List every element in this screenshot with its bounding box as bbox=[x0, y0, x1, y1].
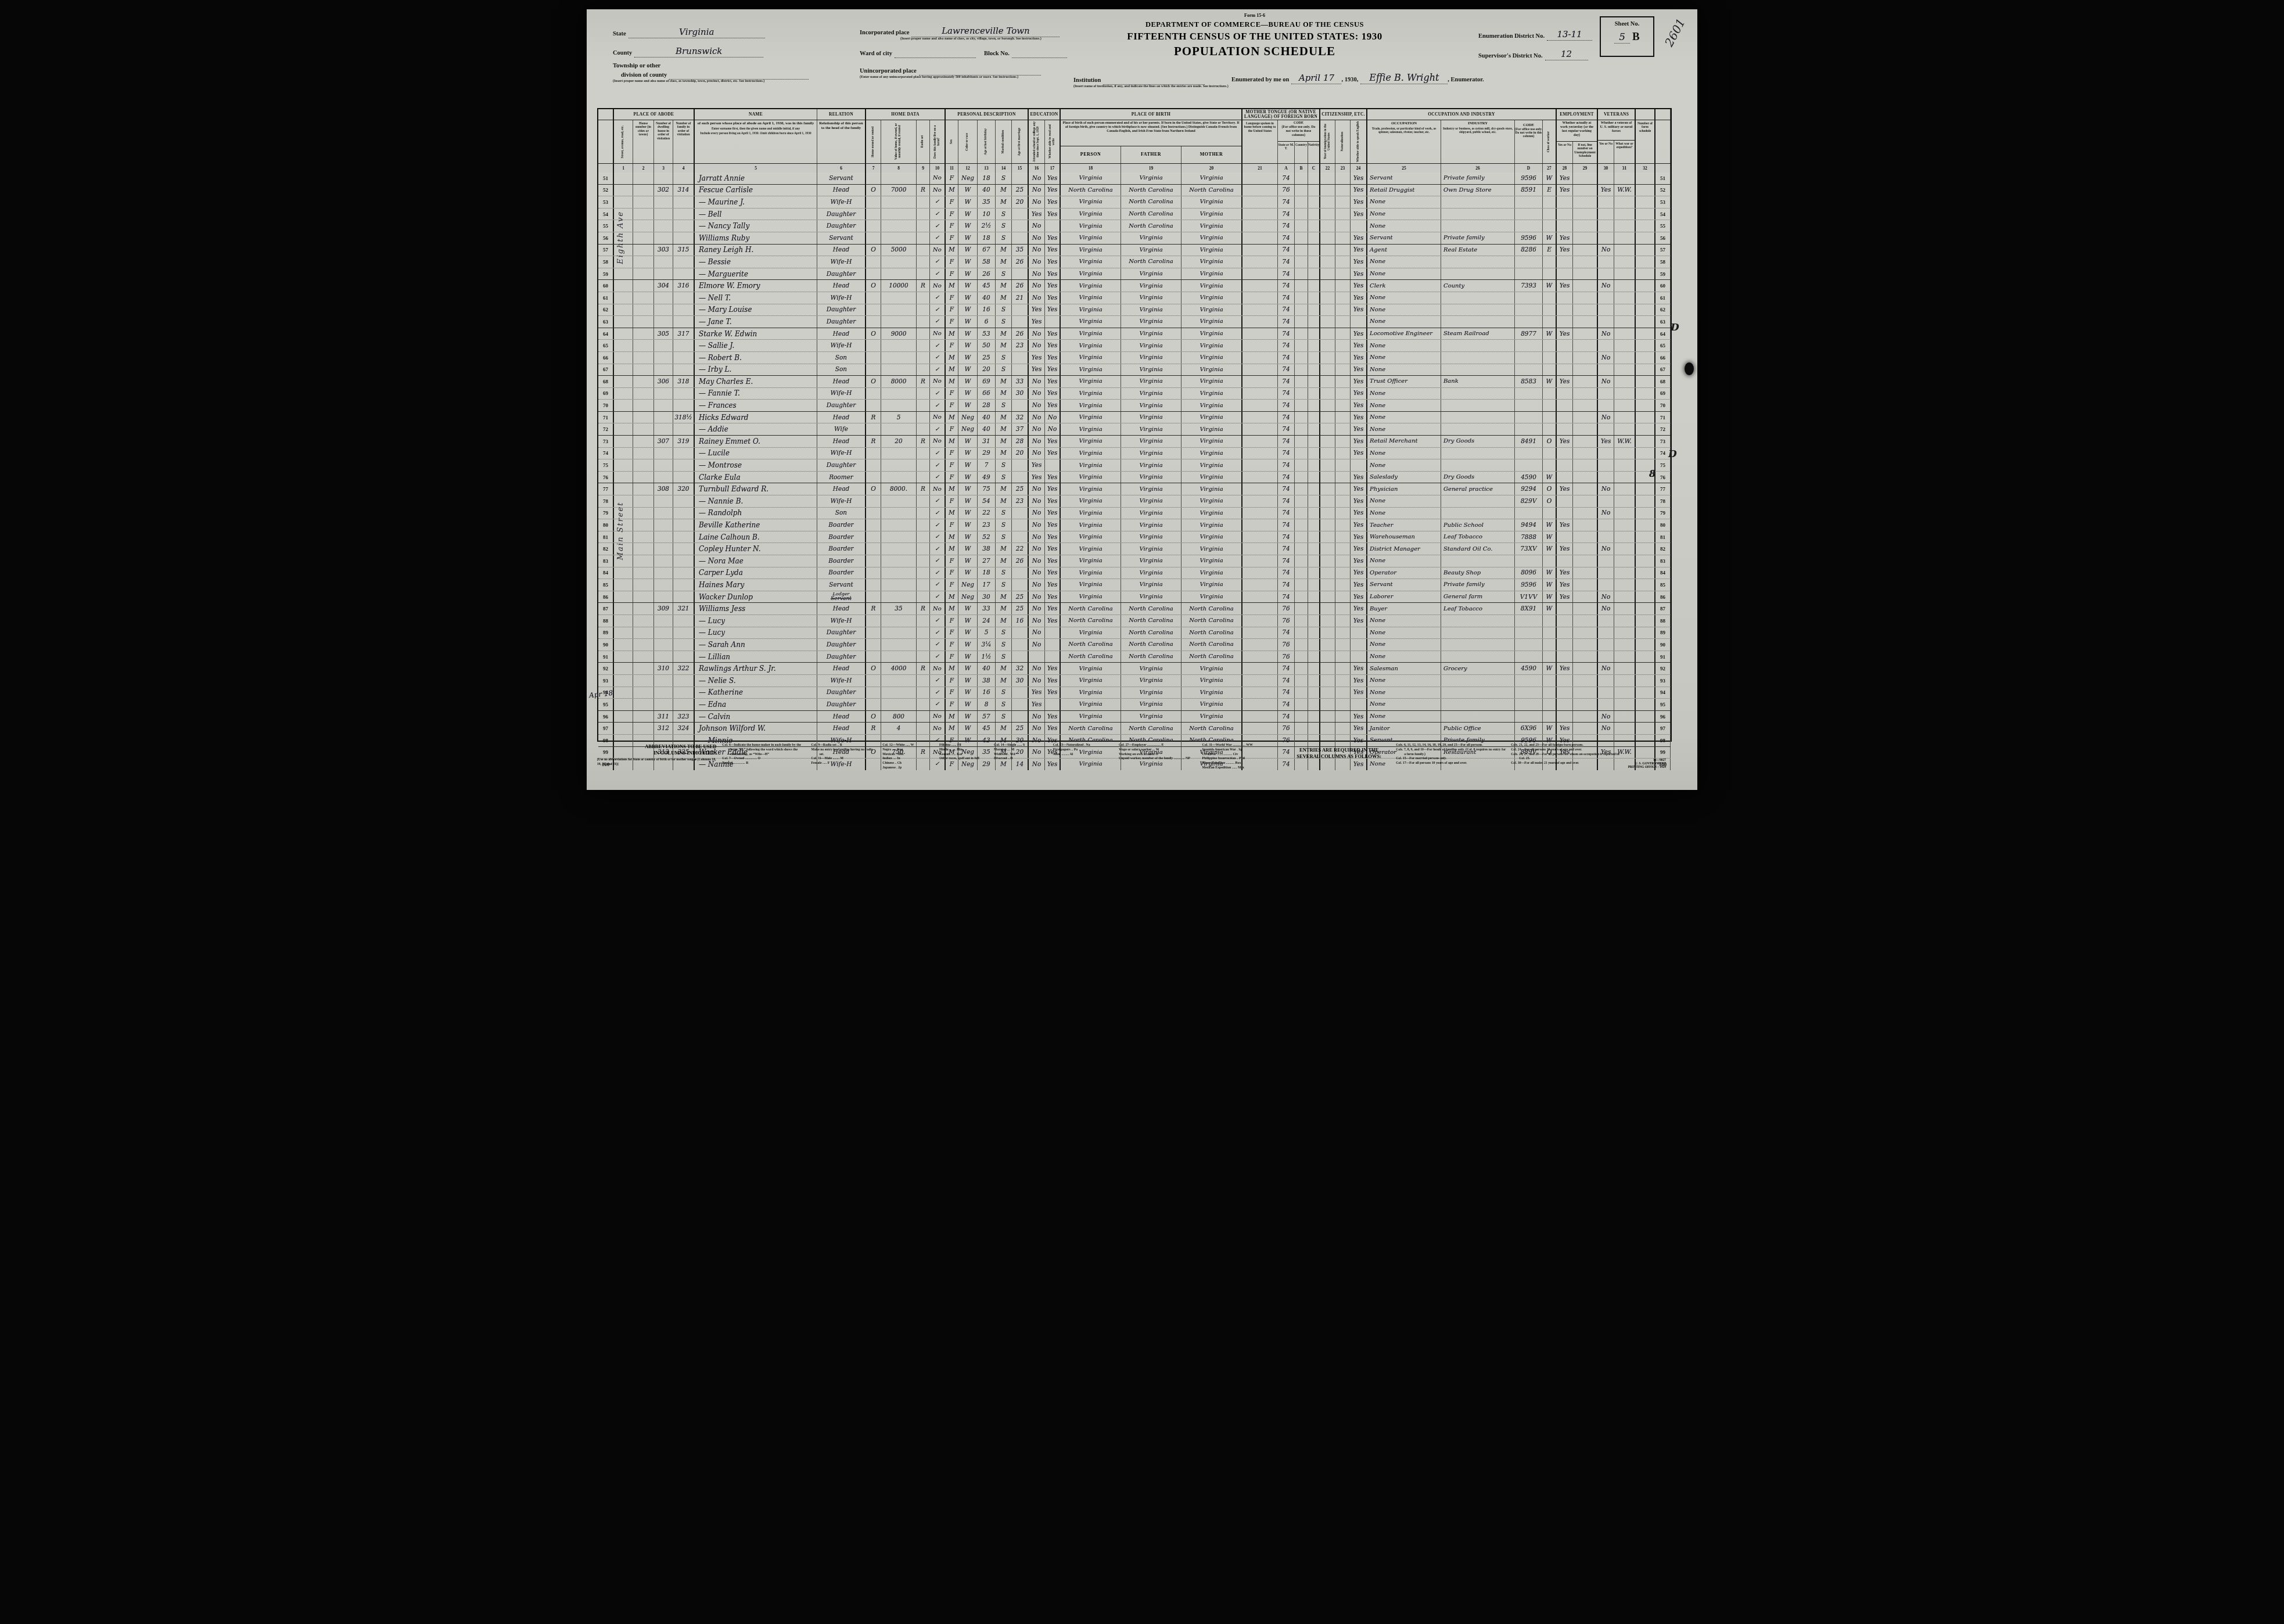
cell-unemployment-line bbox=[1573, 591, 1598, 603]
cell-veteran bbox=[1598, 531, 1614, 543]
cell-value: Value of home, if owned, or monthly rent… bbox=[881, 120, 917, 163]
cell-read-write: Yes bbox=[1045, 687, 1061, 699]
cell-occupation: None bbox=[1367, 555, 1441, 567]
cell-code-c bbox=[1308, 292, 1320, 304]
cell-speak-english bbox=[1351, 220, 1367, 232]
cell-school: No bbox=[1029, 639, 1045, 651]
cell-line-r: 69 bbox=[1655, 388, 1671, 400]
cell-worked-yesterday bbox=[1557, 448, 1573, 459]
cell-name: — Frances bbox=[695, 400, 817, 411]
cell-read-write: Yes bbox=[1045, 185, 1061, 196]
incorporated-label: Incorporated place bbox=[860, 30, 909, 36]
cell-marital: S bbox=[996, 508, 1012, 519]
cell-relation: Son bbox=[817, 364, 866, 376]
cell-code-b bbox=[1295, 687, 1308, 699]
cell-code-b bbox=[1295, 173, 1308, 184]
cell-industry: 26 bbox=[1441, 164, 1515, 173]
cell-family bbox=[673, 495, 695, 507]
cell-marital: M bbox=[996, 591, 1012, 603]
cell-code-a: 74 bbox=[1278, 675, 1295, 687]
cell-pob-father: Virginia bbox=[1121, 495, 1181, 507]
cell-code-a: 74 bbox=[1278, 423, 1295, 435]
cell-pob-mother: Virginia bbox=[1181, 436, 1242, 447]
cell-veteran: No bbox=[1598, 412, 1614, 423]
cell-code-c bbox=[1308, 579, 1320, 591]
abbreviations-title: ABBREVIATIONS TO BE USED IN COLUMNS INDI… bbox=[597, 743, 716, 756]
cell-owned bbox=[866, 591, 881, 603]
cell-color: W bbox=[958, 459, 978, 471]
cell-war bbox=[1614, 531, 1636, 543]
cell-line: 82 bbox=[598, 543, 614, 555]
cell-code-d bbox=[1515, 209, 1543, 220]
cell-mother-tongue bbox=[1242, 196, 1278, 208]
cell-owned: R bbox=[866, 723, 881, 734]
cell-unemployment-line bbox=[1573, 196, 1598, 208]
cell-mother-tongue bbox=[1242, 711, 1278, 723]
cell-unemployment-line bbox=[1573, 615, 1598, 627]
cell-dwelling: 304 bbox=[654, 280, 673, 292]
cell-code-a: 74 bbox=[1278, 567, 1295, 579]
cell-school: No bbox=[1029, 567, 1045, 579]
cell-marital: S bbox=[996, 316, 1012, 328]
cell-marital: M bbox=[996, 196, 1012, 208]
abbreviation-line: Mexican Expedition ...... Mex bbox=[1202, 766, 1281, 771]
cell-marital: M bbox=[996, 483, 1012, 495]
cell-code-a: 74 bbox=[1278, 328, 1295, 340]
cell-speak-english: Yes bbox=[1351, 280, 1367, 292]
cell-age: 18 bbox=[978, 232, 996, 244]
cell-family bbox=[673, 519, 695, 531]
cell-unemployment-line bbox=[1573, 304, 1598, 316]
cell-street bbox=[614, 316, 633, 328]
cell-code-a: 76 bbox=[1278, 639, 1295, 651]
entries-required-title: ENTRIES ARE REQUIRED IN THE SEVERAL COLU… bbox=[1287, 743, 1391, 766]
cell-value bbox=[881, 699, 917, 710]
cell-unemployment-line bbox=[1573, 388, 1598, 400]
cell-naturalization bbox=[1335, 687, 1351, 699]
cell-mother-tongue bbox=[1242, 185, 1278, 196]
cell-street bbox=[614, 699, 633, 710]
cell-industry: Public School bbox=[1441, 519, 1515, 531]
cell-naturalization bbox=[1335, 519, 1351, 531]
cell-farm: No bbox=[930, 280, 946, 292]
cell-code-b bbox=[1295, 519, 1308, 531]
cell-veteran: No bbox=[1598, 376, 1614, 387]
cell-relation: Daughter bbox=[817, 459, 866, 471]
cell-pob-father: Virginia bbox=[1121, 675, 1181, 687]
cell-age-first-marriage: 25 bbox=[1012, 591, 1029, 603]
cell-worker-class bbox=[1543, 651, 1557, 663]
cell-veteran bbox=[1598, 173, 1614, 184]
cell-line: 89 bbox=[598, 627, 614, 639]
cell-owned bbox=[866, 173, 881, 184]
cell-school: No bbox=[1029, 579, 1045, 591]
cell-code-a: 74 bbox=[1278, 232, 1295, 244]
cell-worker-class bbox=[1543, 675, 1557, 687]
cell-pob-person: Virginia bbox=[1061, 256, 1121, 268]
cell-farm-schedule bbox=[1636, 328, 1655, 340]
cell-radio bbox=[917, 519, 930, 531]
cell-value: 4 bbox=[881, 723, 917, 734]
cell-worked-yesterday: Yes bbox=[1557, 232, 1573, 244]
cell-veteran bbox=[1598, 651, 1614, 663]
cell-age: 33 bbox=[978, 603, 996, 615]
cell-war bbox=[1614, 232, 1636, 244]
cell-farm: ✓ bbox=[930, 615, 946, 627]
cell-farm: Does this family live on a farm? bbox=[930, 120, 946, 163]
cell-marital: M bbox=[996, 615, 1012, 627]
cell-mother-tongue bbox=[1242, 699, 1278, 710]
cell-occupation: None bbox=[1367, 400, 1441, 411]
cell-code-b bbox=[1295, 220, 1308, 232]
table-group-titles: PLACE OF ABODENAMERELATIONHOME DATAPERSO… bbox=[598, 109, 1671, 120]
cell-dwelling bbox=[654, 699, 673, 710]
cell-value bbox=[881, 364, 917, 376]
cell-relation: Wife-H bbox=[817, 448, 866, 459]
cell-veteran bbox=[1598, 292, 1614, 304]
abbreviation-line: Col. 12—White ..... W bbox=[882, 743, 933, 748]
cell-immigration: 22 bbox=[1320, 164, 1335, 173]
cell-radio bbox=[917, 543, 930, 555]
cell-code-b bbox=[1295, 543, 1308, 555]
cell-occupation: None bbox=[1367, 639, 1441, 651]
cell-code-b bbox=[1295, 508, 1308, 519]
corner-number: 2601 bbox=[1662, 16, 1688, 49]
cell-code-a: 74 bbox=[1278, 508, 1295, 519]
cell-relation: Wife-H bbox=[817, 615, 866, 627]
cell-war bbox=[1614, 328, 1636, 340]
cell-street bbox=[614, 723, 633, 734]
cell-line-r: 64 bbox=[1655, 328, 1671, 340]
cell-owned: O bbox=[866, 483, 881, 495]
cell-code-b bbox=[1295, 663, 1308, 674]
cell-pob-father: Virginia bbox=[1121, 316, 1181, 328]
cell-worker-class: W bbox=[1543, 591, 1557, 603]
cell-family: 315 bbox=[673, 245, 695, 256]
cell-veteran bbox=[1598, 220, 1614, 232]
cell-war bbox=[1614, 615, 1636, 627]
cell-code-a: 74 bbox=[1278, 436, 1295, 447]
cell-value bbox=[881, 472, 917, 483]
cell-industry: Private family bbox=[1441, 579, 1515, 591]
cell-farm-schedule bbox=[1636, 220, 1655, 232]
cell-pob-father: Virginia bbox=[1121, 232, 1181, 244]
cell-school: Yes bbox=[1029, 364, 1045, 376]
cell-pob-father: Virginia bbox=[1121, 567, 1181, 579]
cell-war bbox=[1614, 280, 1636, 292]
cell-dwelling: 3 bbox=[654, 164, 673, 173]
cell-naturalization bbox=[1335, 531, 1351, 543]
cell-naturalization bbox=[1335, 268, 1351, 280]
cell-veteran: No bbox=[1598, 245, 1614, 256]
cell-value bbox=[881, 531, 917, 543]
census-row: 60304316Elmore W. EmoryHeadO10000RNoMW45… bbox=[598, 279, 1671, 292]
cell-unemployment-line bbox=[1573, 256, 1598, 268]
cell-pob-person: North Carolina bbox=[1061, 639, 1121, 651]
cell-worked-yesterday bbox=[1557, 651, 1573, 663]
cell-name: — Maurine J. bbox=[695, 196, 817, 208]
census-row: 61— Nell T.Wife-H✓FW40M21NoYesVirginiaVi… bbox=[598, 292, 1671, 304]
cell-immigration bbox=[1320, 304, 1335, 316]
cell-pob-mother: Virginia bbox=[1181, 495, 1242, 507]
cell-immigration bbox=[1320, 423, 1335, 435]
cell-pob-father: Virginia bbox=[1121, 245, 1181, 256]
cell-pob-person: Virginia bbox=[1061, 711, 1121, 723]
abbreviation-line: Col. 9—Radio set .. R bbox=[811, 743, 877, 748]
cell-farm-schedule bbox=[1636, 209, 1655, 220]
cell-street bbox=[614, 268, 633, 280]
cell-farm-schedule bbox=[1636, 663, 1655, 674]
cell-age-first-marriage: 26 bbox=[1012, 328, 1029, 340]
cell-read-write: 17 bbox=[1045, 164, 1061, 173]
cell-naturalization bbox=[1335, 639, 1351, 651]
census-row: 78— Nannie B.Wife-H✓FW54M23NoYesVirginia… bbox=[598, 495, 1671, 507]
cell-farm: ✓ bbox=[930, 220, 946, 232]
cell-value bbox=[881, 173, 917, 184]
cell-read-write: Yes bbox=[1045, 555, 1061, 567]
cell-occupation: None bbox=[1367, 687, 1441, 699]
cell-farm: No bbox=[930, 328, 946, 340]
cell-code-d: 9494 bbox=[1515, 519, 1543, 531]
cell-name: — Sallie J. bbox=[695, 340, 817, 351]
cell-worked-yesterday: Yes bbox=[1557, 328, 1573, 340]
cell-dwelling bbox=[654, 579, 673, 591]
department-line: DEPARTMENT OF COMMERCE—BUREAU OF THE CEN… bbox=[1069, 20, 1441, 29]
cell-relation: Wife-H bbox=[817, 196, 866, 208]
cell-naturalization bbox=[1335, 304, 1351, 316]
cell-sex: M bbox=[946, 328, 958, 340]
cell-worker-class bbox=[1543, 508, 1557, 519]
cell-pob-mother: Virginia bbox=[1181, 483, 1242, 495]
cell-owned: O bbox=[866, 328, 881, 340]
cell-farm-schedule bbox=[1636, 388, 1655, 400]
cell-value: 4000 bbox=[881, 663, 917, 674]
cell-line-r bbox=[1655, 109, 1671, 120]
cell-worked-yesterday bbox=[1557, 196, 1573, 208]
cell-marital: M bbox=[996, 675, 1012, 687]
cell-veteran bbox=[1598, 316, 1614, 328]
cell-line-r: 62 bbox=[1655, 304, 1671, 316]
cell-radio: R bbox=[917, 483, 930, 495]
cell-code-c bbox=[1308, 196, 1320, 208]
cell-family bbox=[673, 615, 695, 627]
cell-read-write bbox=[1045, 316, 1061, 328]
cell-color: W bbox=[958, 639, 978, 651]
cell-relation: Daughter bbox=[817, 268, 866, 280]
cell-worker-class bbox=[1543, 687, 1557, 699]
cell-farm: ✓ bbox=[930, 567, 946, 579]
cell-farm: ✓ bbox=[930, 627, 946, 639]
cell-code-c bbox=[1308, 209, 1320, 220]
cell-relation: Head bbox=[817, 723, 866, 734]
cell-industry: County bbox=[1441, 280, 1515, 292]
cell-dwelling bbox=[654, 423, 673, 435]
cell-code-d: 8096 bbox=[1515, 567, 1543, 579]
cell-veteran: No bbox=[1598, 723, 1614, 734]
cell-owned bbox=[866, 508, 881, 519]
cell-pob-father: Virginia bbox=[1121, 412, 1181, 423]
cell-family bbox=[673, 508, 695, 519]
cell-house bbox=[633, 603, 654, 615]
cell-farm: ✓ bbox=[930, 591, 946, 603]
cell-family: 321 bbox=[673, 603, 695, 615]
cell-farm-schedule bbox=[1636, 495, 1655, 507]
cell-sex: 11 bbox=[946, 164, 958, 173]
cell-owned: R bbox=[866, 436, 881, 447]
cell-mother-tongue bbox=[1242, 459, 1278, 471]
form-header: State Virginia County Brunswick Township… bbox=[587, 9, 1697, 108]
cell-value bbox=[881, 352, 917, 364]
cell-mother-tongue bbox=[1242, 280, 1278, 292]
cell-family: 316 bbox=[673, 280, 695, 292]
cell-relation: Servant bbox=[817, 579, 866, 591]
cell-veteran: No bbox=[1598, 328, 1614, 340]
cell-farm-schedule bbox=[1636, 280, 1655, 292]
cell-radio bbox=[917, 687, 930, 699]
cell-mother-tongue bbox=[1242, 591, 1278, 603]
cell-speak-english: Yes bbox=[1351, 268, 1367, 280]
cell-family bbox=[673, 687, 695, 699]
cell-veteran: No bbox=[1598, 543, 1614, 555]
cell-read-write: Yes bbox=[1045, 591, 1061, 603]
cell-code-a: 74 bbox=[1278, 711, 1295, 723]
cell-name: — Sarah Ann bbox=[695, 639, 817, 651]
census-row: 79— RandolphSon✓MW22SNoYesVirginiaVirgin… bbox=[598, 507, 1671, 519]
cell-pob-person: Virginia bbox=[1061, 567, 1121, 579]
cell-value: 8000. bbox=[881, 483, 917, 495]
cell-veteran: 30 bbox=[1598, 164, 1614, 173]
cell-pob-person: Virginia bbox=[1061, 376, 1121, 387]
cell-code-c bbox=[1308, 245, 1320, 256]
cell-radio bbox=[917, 495, 930, 507]
cell-owned bbox=[866, 448, 881, 459]
cell-school: No bbox=[1029, 340, 1045, 351]
cell-name: — Addie bbox=[695, 423, 817, 435]
cell-marital: M bbox=[996, 663, 1012, 674]
cell-code-a: 76 bbox=[1278, 651, 1295, 663]
census-row: 80Beville KatherineBoarder✓FW23SNoYesVir… bbox=[598, 519, 1671, 531]
incorporated-field: Incorporated place Lawrenceville Town (I… bbox=[860, 26, 1060, 41]
cell-house bbox=[633, 196, 654, 208]
abbreviation-line: Wage or salary worker ... W bbox=[1119, 748, 1197, 753]
cell-war: W.W. bbox=[1614, 185, 1636, 196]
cell-line-r: 57 bbox=[1655, 245, 1671, 256]
cell-code-c bbox=[1308, 543, 1320, 555]
cell-farm-schedule bbox=[1636, 412, 1655, 423]
cell-naturalization bbox=[1335, 340, 1351, 351]
cell-speak-english bbox=[1351, 627, 1367, 639]
enumerator-suffix: , Enumerator. bbox=[1448, 77, 1484, 83]
cell-farm: ✓ bbox=[930, 699, 946, 710]
group-title: RELATION bbox=[817, 109, 866, 120]
cell-value bbox=[881, 256, 917, 268]
cell-pob-mother: Virginia bbox=[1181, 280, 1242, 292]
cell-occupation: Operator bbox=[1367, 567, 1441, 579]
cell-pob-mother: Virginia bbox=[1181, 209, 1242, 220]
cell-read-write: Yes bbox=[1045, 280, 1061, 292]
cell-unemployment-line bbox=[1573, 185, 1598, 196]
cell-read-write: Yes bbox=[1045, 508, 1061, 519]
cell-dwelling bbox=[654, 531, 673, 543]
cell-pob-mother: North Carolina bbox=[1181, 185, 1242, 196]
cell-code-a: 74 bbox=[1278, 280, 1295, 292]
cell-name: — Fannie T. bbox=[695, 388, 817, 400]
cell-age-first-marriage: 23 bbox=[1012, 495, 1029, 507]
cell-sex: M bbox=[946, 280, 958, 292]
column-group-note: Whether a veteran of U. S. military or n… bbox=[1598, 120, 1636, 163]
cell-code-d bbox=[1515, 651, 1543, 663]
cell-occupation: Buyer bbox=[1367, 603, 1441, 615]
cell-immigration bbox=[1320, 627, 1335, 639]
cell-unemployment-line bbox=[1573, 663, 1598, 674]
cell-worked-yesterday: Yes bbox=[1557, 519, 1573, 531]
cell-pob-father: Virginia bbox=[1121, 543, 1181, 555]
cell-worked-yesterday bbox=[1557, 352, 1573, 364]
cell-industry bbox=[1441, 675, 1515, 687]
cell-house bbox=[633, 687, 654, 699]
cell-industry bbox=[1441, 615, 1515, 627]
cell-worked-yesterday bbox=[1557, 699, 1573, 710]
cell-naturalization bbox=[1335, 448, 1351, 459]
cell-farm: ✓ bbox=[930, 388, 946, 400]
cell-code-d bbox=[1515, 412, 1543, 423]
cell-unemployment-line bbox=[1573, 531, 1598, 543]
cell-pob-person: Virginia bbox=[1061, 459, 1121, 471]
cell-worked-yesterday: Yes bbox=[1557, 483, 1573, 495]
cell-pob-father: Virginia bbox=[1121, 304, 1181, 316]
cell-value bbox=[881, 388, 917, 400]
cell-pob-father: Virginia bbox=[1121, 364, 1181, 376]
cell-sex: M bbox=[946, 711, 958, 723]
cell-sex: M bbox=[946, 436, 958, 447]
cell-line-r: 55 bbox=[1655, 220, 1671, 232]
cell-age-first-marriage: 37 bbox=[1012, 423, 1029, 435]
cell-speak-english: Yes bbox=[1351, 687, 1367, 699]
cell-color: W bbox=[958, 508, 978, 519]
cell-occupation: Agent bbox=[1367, 245, 1441, 256]
cell-read-write: Yes bbox=[1045, 711, 1061, 723]
cell-sex: M bbox=[946, 663, 958, 674]
cell-sex: F bbox=[946, 304, 958, 316]
cell-pob-father: Virginia bbox=[1121, 340, 1181, 351]
cell-industry: General practice bbox=[1441, 483, 1515, 495]
cell-marital: S bbox=[996, 699, 1012, 710]
cell-worker-class: W bbox=[1543, 531, 1557, 543]
cell-code-d bbox=[1515, 304, 1543, 316]
cell-farm-schedule bbox=[1636, 423, 1655, 435]
cell-naturalization bbox=[1335, 376, 1351, 387]
cell-pob-person: Virginia bbox=[1061, 687, 1121, 699]
cell-dwelling bbox=[654, 519, 673, 531]
cell-school: No bbox=[1029, 531, 1045, 543]
cell-family: 324 bbox=[673, 723, 695, 734]
cell-occupation: Retail Druggist bbox=[1367, 185, 1441, 196]
cell-line-r: 89 bbox=[1655, 627, 1671, 639]
cell-pob-father: Virginia bbox=[1121, 663, 1181, 674]
cell-veteran: No bbox=[1598, 591, 1614, 603]
cell-line: 84 bbox=[598, 567, 614, 579]
cell-industry: Leaf Tobacco bbox=[1441, 603, 1515, 615]
cell-marital: M bbox=[996, 340, 1012, 351]
abbreviation-list: Col. 14—Single ...... SMarried .... MWid… bbox=[994, 743, 1047, 761]
cell-speak-english: Yes bbox=[1351, 388, 1367, 400]
cell-age: 25 bbox=[978, 352, 996, 364]
cell-veteran bbox=[1598, 459, 1614, 471]
cell-farm: ✓ bbox=[930, 508, 946, 519]
cell-pob-person: Virginia bbox=[1061, 531, 1121, 543]
cell-marital: M bbox=[996, 423, 1012, 435]
cell-code-b bbox=[1295, 316, 1308, 328]
